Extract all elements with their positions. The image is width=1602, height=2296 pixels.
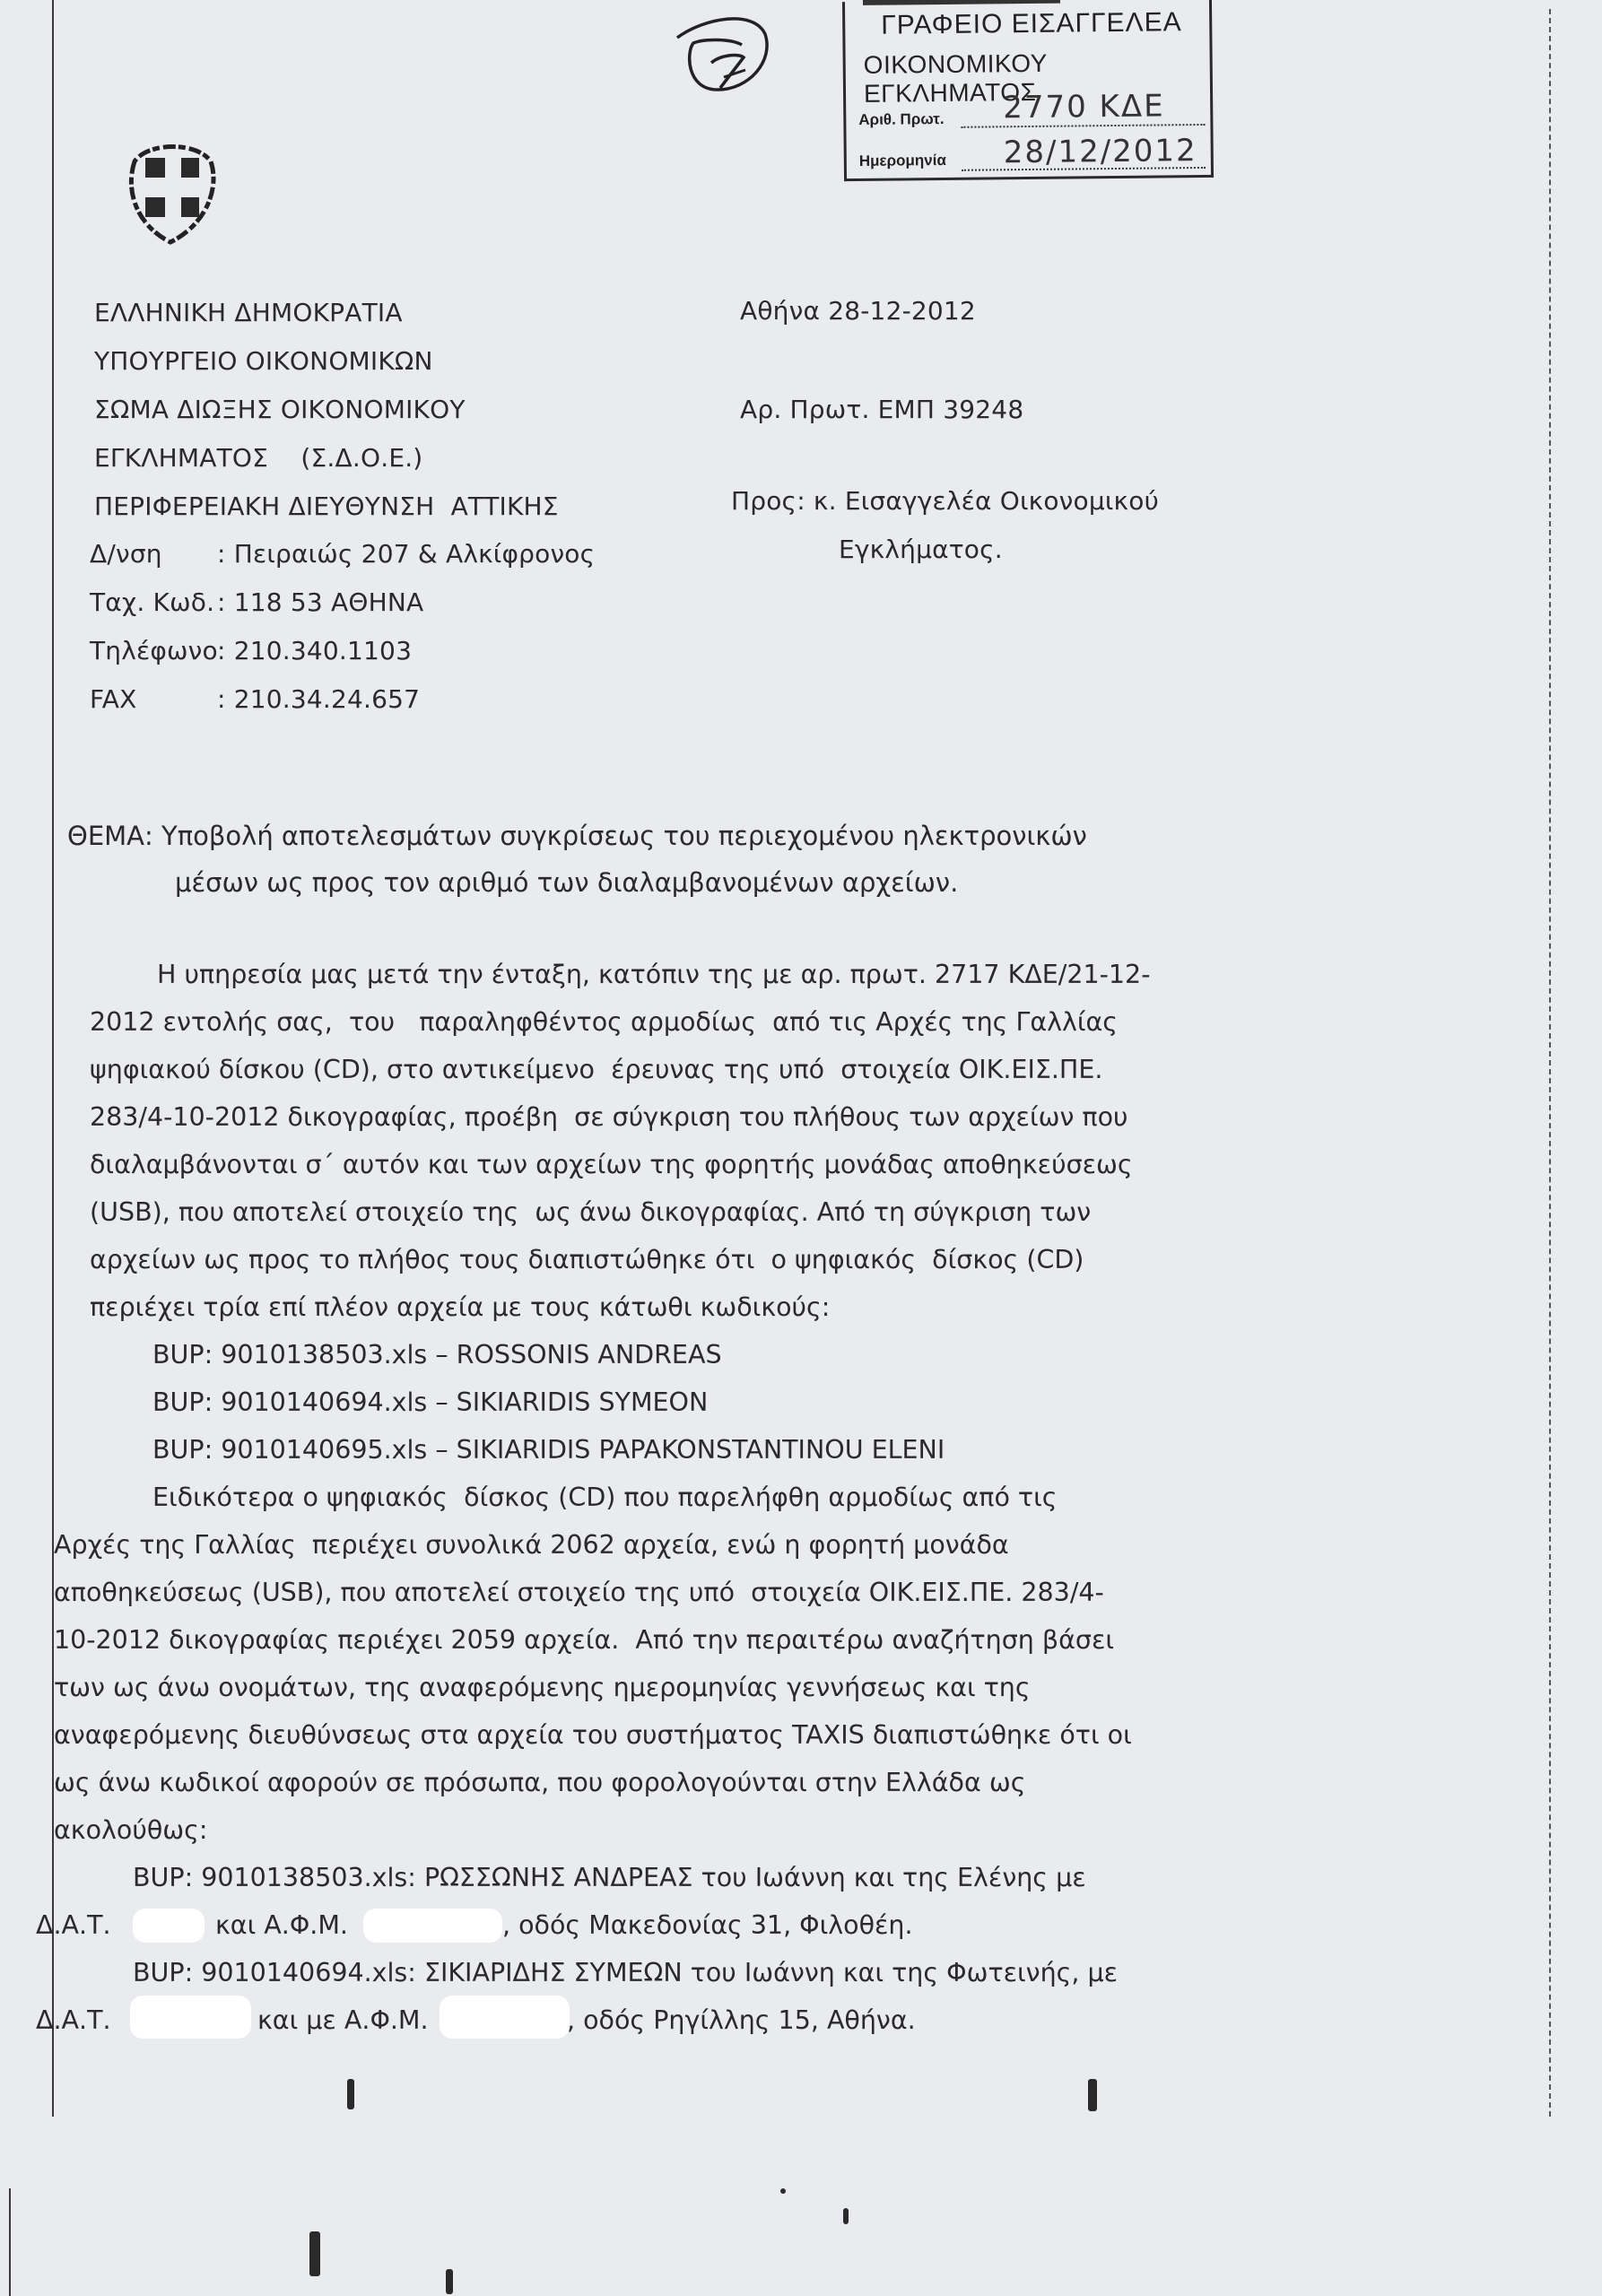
body2-line-1: Ειδικότερα ο ψηφιακός δίσκος (CD) που πα… (152, 1483, 1057, 1512)
body-line-5: διαλαμβάνονται σ΄ αυτόν και των αρχείων … (90, 1150, 1133, 1179)
stamp-date-label: Ημερομηνία (859, 152, 946, 170)
subject-line-2: μέσων ως προς τον αριθμό των διαλαμβανομ… (175, 867, 958, 898)
coat-of-arms-emblem (117, 135, 229, 251)
body2-line-2: Αρχές της Γαλλίας περιέχει συνολικά 2062… (54, 1530, 1009, 1560)
contact-postal-label: Ταχ. Κωδ. (90, 587, 214, 617)
body-line-3: ψηφιακού δίσκου (CD), στο αντικείμενο έρ… (90, 1055, 1102, 1084)
scanned-letter-page: 7 ΓΡΑΦΕΙΟ ΕΙΣΑΓΓΕΛΕΑ ΟΙΚΟΝΟΜΙΚΟΥ ΕΓΚΛΗΜΑ… (0, 0, 1602, 2296)
sender-line-4: ΕΓΚΛΗΜΑΤΟΣ (Σ.Δ.Ο.Ε.) (94, 443, 422, 473)
stamp-date-value: 28/12/2012 (1004, 133, 1197, 170)
body-line-4: 283/4-10-2012 δικογραφίας, προέβη σε σύγ… (90, 1102, 1128, 1132)
file-item-1: BUP: 9010138503.xls – ROSSONIS ANDREAS (152, 1340, 722, 1370)
body-line-7: αρχείων ως προς το πλήθος τους διαπιστώθ… (90, 1245, 1084, 1274)
body2-line-6: αναφερόμενης διευθύνσεως στα αρχεία του … (54, 1720, 1132, 1750)
scan-speck (1088, 2079, 1097, 2111)
left-scan-border (52, 0, 54, 2117)
contact-address-value: : Πειραιώς 207 & Αλκίφρονος (217, 539, 595, 569)
body-line-1: Η υπηρεσία μας μετά την ένταξη, κατόπιν … (157, 960, 1150, 989)
person-2-dat-label: Δ.Α.Τ. (36, 2005, 111, 2035)
person-1-connector: και Α.Φ.Μ. (215, 1910, 348, 1940)
stamp-protocol-label: Αριθ. Πρωτ. (858, 110, 944, 129)
redacted-id-number (130, 1996, 251, 2039)
scan-speck (347, 2079, 354, 2109)
right-scan-border (1549, 9, 1553, 2117)
sender-line-2: ΥΠΟΥΡΓΕΙΟ ΟΙΚΟΝΟΜΙΚΩΝ (94, 346, 433, 376)
redacted-tax-number (363, 1909, 502, 1943)
contact-phone-value: : 210.340.1103 (217, 636, 412, 665)
person-2-connector: και με Α.Φ.Μ. (257, 2005, 429, 2035)
protocol-number: Αρ. Πρωτ. ΕΜΠ 39248 (740, 395, 1023, 424)
place-date: Αθήνα 28-12-2012 (740, 296, 976, 326)
person-1-dat-label: Δ.Α.Τ. (36, 1910, 111, 1940)
sender-line-1: ΕΛΛΗΝΙΚΗ ΔΗΜΟΚΡΑΤΙΑ (94, 298, 403, 327)
person-2-line-1: BUP: 9010140694.xls: ΣΙΚΙΑΡΙΔΗΣ ΣΥΜΕΩΝ τ… (133, 1958, 1118, 1987)
body2-line-3: αποθηκεύσεως (USB), που αποτελεί στοιχεί… (54, 1578, 1104, 1607)
body2-line-5: των ως άνω ονομάτων, της αναφερόμενης ημ… (54, 1673, 1031, 1702)
scan-speck (446, 2269, 453, 2294)
scan-speck (843, 2208, 849, 2224)
recipient-line-1: Προς: κ. Εισαγγελέα Οικονομικού (731, 486, 1159, 516)
recipient-line-2: Εγκλήματος. (839, 535, 1003, 564)
sender-line-3: ΣΩΜΑ ΔΙΩΞΗΣ ΟΙΚΟΝΟΜΙΚΟΥ (94, 395, 466, 424)
contact-postal-value: : 118 53 ΑΘΗΝΑ (217, 587, 423, 617)
contact-address-label: Δ/νση (90, 539, 162, 569)
scan-speck (309, 2231, 320, 2276)
body-line-8: περιέχει τρία επί πλέον αρχεία με τους κ… (90, 1292, 830, 1322)
person-1-line-1: BUP: 9010138503.xls: ΡΩΣΣΩΝΗΣ ΑΝΔΡΕΑΣ το… (133, 1863, 1086, 1892)
stamp-top-edge (863, 0, 1060, 5)
person-2-address: , οδός Ρηγίλλης 15, Αθήνα. (567, 2005, 916, 2035)
body-line-2: 2012 εντολής σας, του παραληφθέντος αρμο… (90, 1007, 1118, 1037)
left-scan-border-lower (9, 2188, 11, 2296)
sender-line-5: ΠΕΡΙΦΕΡΕΙΑΚΗ ΔΙΕΥΘΥΝΣΗ ΑΤΤΙΚΗΣ (94, 491, 559, 521)
contact-phone-label: Τηλέφωνο (90, 636, 218, 665)
body2-line-4: 10-2012 δικογραφίας περιέχει 2059 αρχεία… (54, 1625, 1114, 1655)
receipt-stamp: ΓΡΑΦΕΙΟ ΕΙΣΑΓΓΕΛΕΑ ΟΙΚΟΝΟΜΙΚΟΥ ΕΓΚΛΗΜΑΤΟ… (842, 0, 1214, 181)
body-line-6: (USB), που αποτελεί στοιχείο της ως άνω … (90, 1197, 1091, 1227)
body2-line-8: ακολούθως: (54, 1815, 207, 1845)
redacted-id-number (133, 1909, 205, 1943)
handwritten-page-number: 7 (668, 7, 776, 92)
scan-speck (780, 2188, 786, 2194)
file-item-2: BUP: 9010140694.xls – SIKIARIDIS SYMEON (152, 1387, 708, 1417)
subject-line-1: ΘΕΜΑ: Υποβολή αποτελεσμάτων συγκρίσεως τ… (67, 821, 1087, 851)
contact-fax-label: FAX (90, 684, 136, 714)
stamp-line-1: ΓΡΑΦΕΙΟ ΕΙΣΑΓΓΕΛΕΑ (881, 7, 1182, 41)
person-1-address: , οδός Μακεδονίας 31, Φιλοθέη. (502, 1910, 913, 1940)
body2-line-7: ως άνω κωδικοί αφορούν σε πρόσωπα, που φ… (54, 1768, 1025, 1797)
file-item-3: BUP: 9010140695.xls – SIKIARIDIS PAPAKON… (152, 1435, 945, 1465)
stamp-protocol-value: 2770 ΚΔΕ (1003, 88, 1165, 126)
contact-fax-value: : 210.34.24.657 (217, 684, 420, 714)
redacted-tax-number (440, 1996, 570, 2039)
